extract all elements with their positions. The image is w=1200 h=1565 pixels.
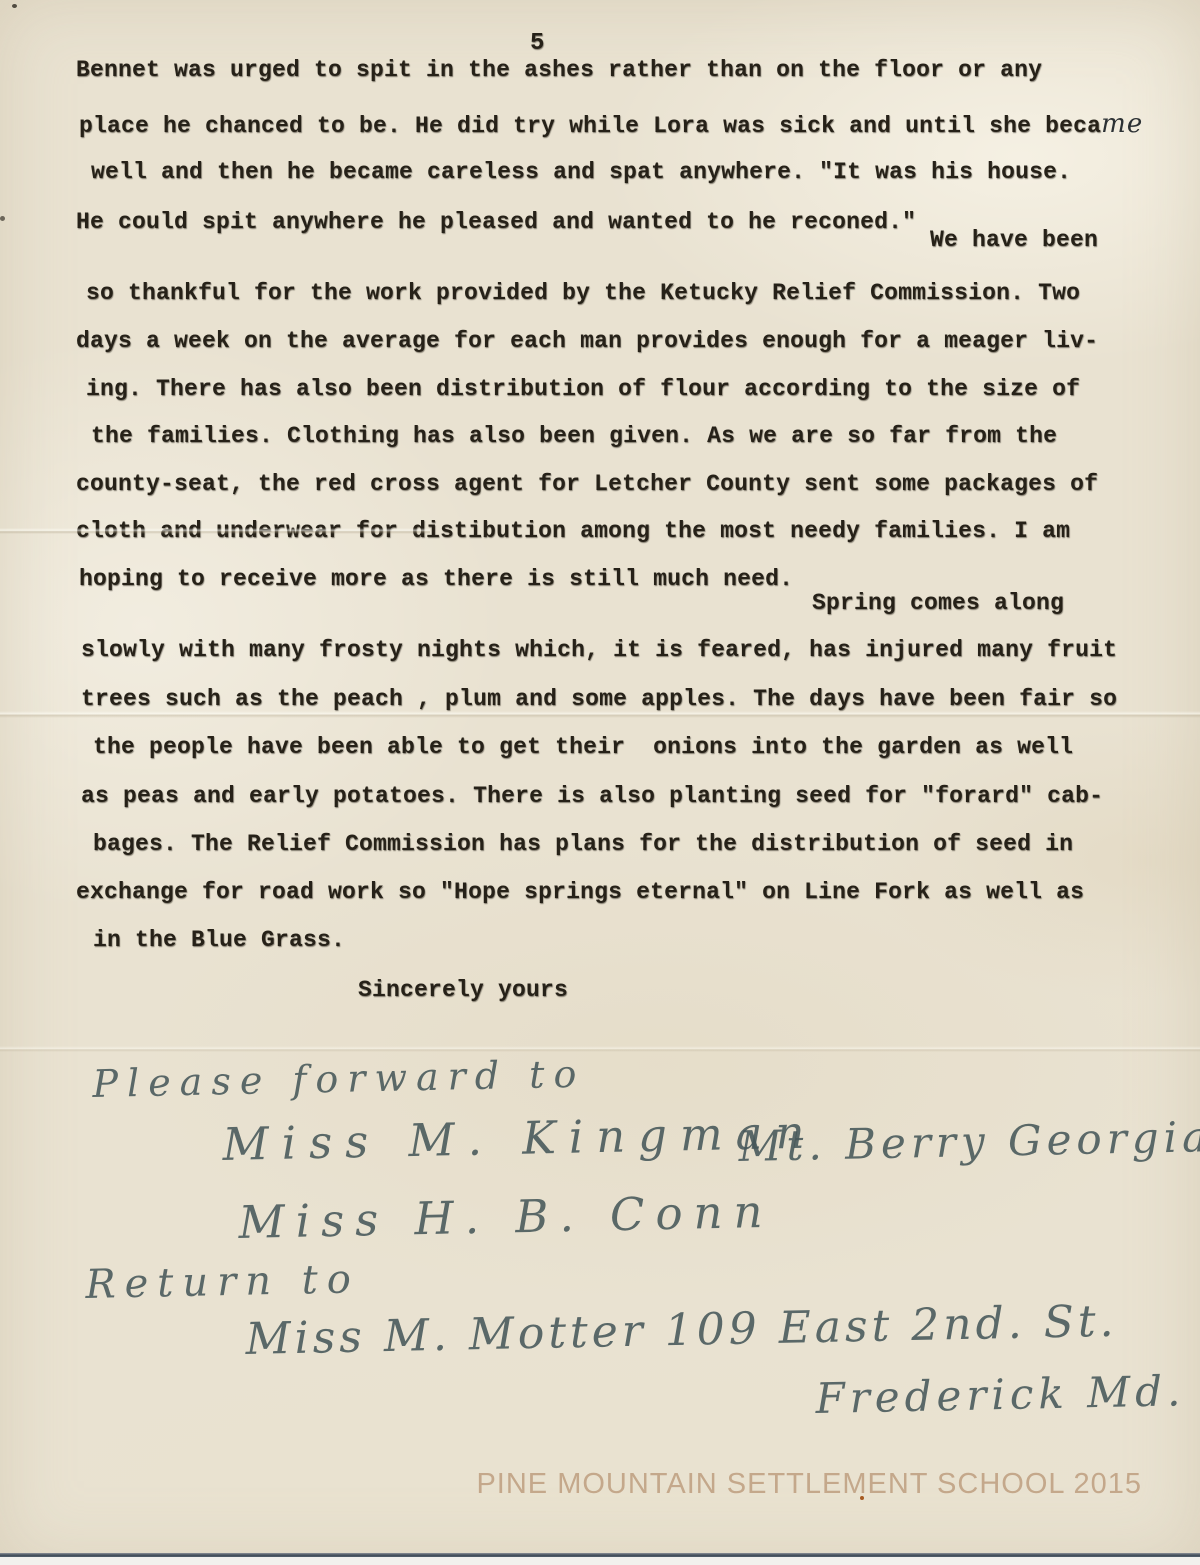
typed-line: bages. The Relief Commission has plans f… <box>93 832 1073 857</box>
handwritten-return-name: Miss M. Motter 109 East 2nd. St. <box>245 1296 1118 1365</box>
typed-line: days a week on the average for each man … <box>76 329 1098 354</box>
typed-line: ing. There has also been distribution of… <box>86 377 1080 402</box>
page-number: 5 <box>530 30 544 57</box>
typed-line: in the Blue Grass. <box>93 928 345 953</box>
typed-line: Spring comes along <box>812 591 1064 616</box>
handwritten-recipient-1: Miss M. Kingman <box>222 1106 818 1171</box>
handwritten-recipient-1-location: Mt. Berry Georgia <box>738 1112 1200 1171</box>
ink-speck <box>0 216 5 221</box>
ink-speck <box>12 4 17 8</box>
handwritten-forward-note: Please forward to <box>92 1052 586 1106</box>
ink-speck <box>860 1496 864 1500</box>
typed-line: He could spit anywhere he pleased and wa… <box>76 210 916 235</box>
typed-line: trees such as the peach , plum and some … <box>81 687 1117 712</box>
typed-line: cloth and underwear for distibution amon… <box>76 519 1070 544</box>
typed-line-text: place he chanced to be. He did try while… <box>79 113 1101 139</box>
handwritten-correction: me <box>1101 109 1143 139</box>
handwritten-return-note: Return to <box>85 1256 360 1308</box>
typed-line: county-seat, the red cross agent for Let… <box>76 472 1098 497</box>
typed-line: place he chanced to be. He did try while… <box>79 110 1143 139</box>
paper-crease-horizontal <box>0 1046 1200 1052</box>
typed-line: the families. Clothing has also been giv… <box>91 424 1057 449</box>
handwritten-return-city: Frederick Md. <box>815 1366 1186 1423</box>
typed-line: We have been <box>930 228 1098 253</box>
handwritten-recipient-2: Miss H. B. Conn <box>238 1185 774 1249</box>
scan-edge-margin <box>0 1557 1200 1565</box>
typed-line: well and then he became careless and spa… <box>91 160 1071 185</box>
typed-line: Bennet was urged to spit in the ashes ra… <box>76 58 1042 83</box>
typed-line: so thankful for the work provided by the… <box>86 281 1080 306</box>
typed-line: as peas and early potatoes. There is als… <box>81 784 1103 809</box>
letter-page: 5 Bennet was urged to spit in the ashes … <box>0 0 1200 1565</box>
typed-line: exchange for road work so "Hope springs … <box>76 880 1084 905</box>
archive-watermark: PINE MOUNTAIN SETTLEMENT SCHOOL 2015 <box>476 1468 1142 1501</box>
closing-line: Sincerely yours <box>358 978 568 1003</box>
typed-line: the people have been able to get their o… <box>93 735 1073 760</box>
typed-line: slowly with many frosty nights which, it… <box>81 638 1117 663</box>
typed-line: hoping to receive more as there is still… <box>79 567 793 592</box>
